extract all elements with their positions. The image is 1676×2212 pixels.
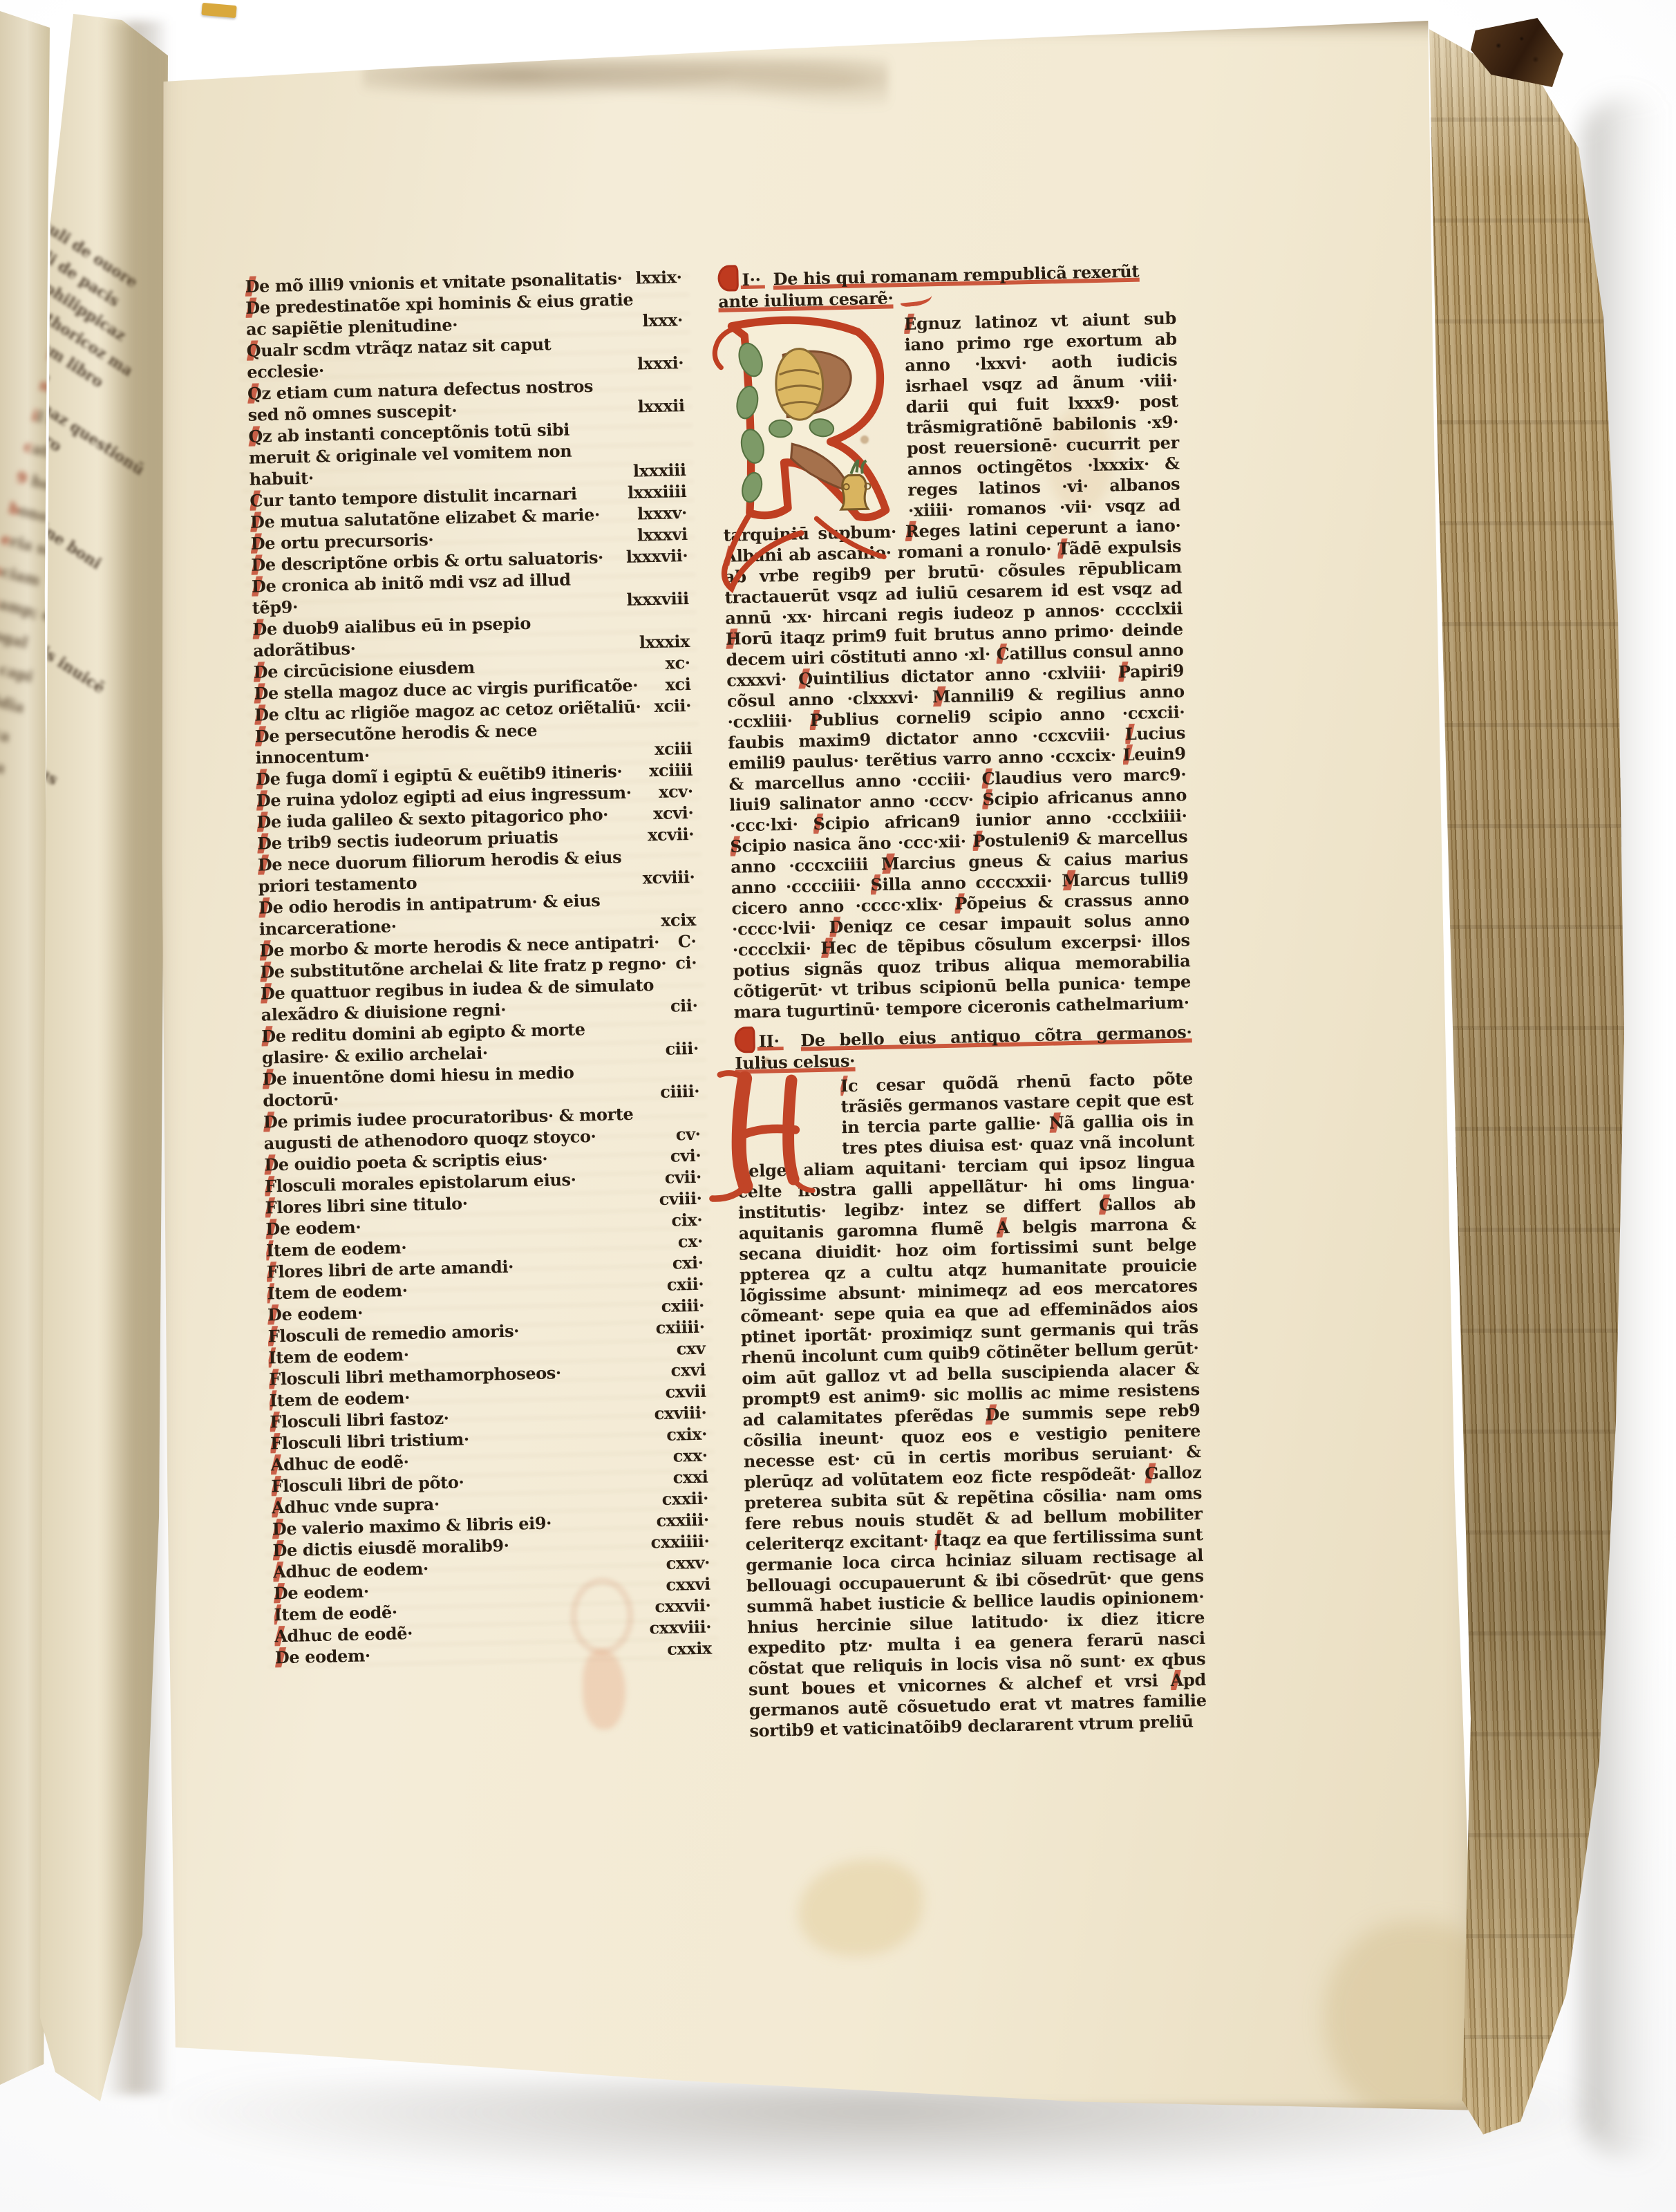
photo-background: de miliipe9n os im i omPia dlnasclil & a… — [0, 0, 1676, 2212]
chapter-title-line2: ante iulium cesarẽ· — [718, 288, 894, 313]
gutter-shadow — [104, 21, 169, 2094]
toc-entry-folio: ciiii· — [660, 1080, 700, 1103]
toc-entry-folio: cxxvi — [666, 1573, 710, 1595]
chapter-number: I·· — [740, 269, 768, 290]
toc-entry-folio: cxii· — [666, 1273, 704, 1295]
toc-entry-folio: cxxvii· — [655, 1595, 711, 1618]
bookmark-tab — [201, 3, 236, 18]
lombard-initial-L-icon — [734, 1027, 755, 1053]
toc-entry-folio: ci· — [675, 952, 697, 974]
toc-entry-folio: cxiiii· — [655, 1316, 705, 1339]
toc-entry-folio: xciii — [655, 738, 693, 760]
toc-entry-folio: cii· — [670, 995, 698, 1017]
toc-entry-folio: xcix — [661, 909, 696, 931]
printed-text-block: De mõ illi9 vnionis et vnitate psonalita… — [151, 6, 1524, 2132]
text-column: I·· De his qui romanam rempublicã rexerũ… — [717, 255, 1207, 1745]
toc-entry-folio: ciii· — [665, 1038, 699, 1060]
toc-entry-folio: lxxxiii — [633, 459, 686, 482]
toc-entry-folio: cxvii — [665, 1380, 706, 1403]
toc-entry-folio: xcv· — [659, 780, 693, 803]
toc-entry-folio: cvii· — [664, 1166, 702, 1188]
toc-entry-folio: xc· — [665, 652, 690, 674]
toc-entry-folio: cxxi — [672, 1466, 708, 1488]
illuminated-initial-R — [719, 317, 897, 508]
chapter-number: II· — [757, 1031, 787, 1051]
toc-entry-folio: cxxix — [667, 1638, 712, 1660]
toc-entry-folio: lxxxix — [639, 630, 690, 653]
chapter-lii-text: Ic cesar quõdã rhenū facto põte trãsiẽs … — [735, 1068, 1207, 1741]
toc-entry-folio: lxxxvi — [637, 523, 688, 546]
toc-entry-folio: cxxiiii· — [650, 1530, 710, 1553]
chapter-heading-lii: II· De bello eius antiquo cõtra germanos… — [734, 1017, 1192, 1074]
toc-entry-folio: xciiii — [649, 759, 693, 781]
lombard-initial-L-icon — [717, 265, 739, 292]
toc-entry-folio: lxxix· — [635, 266, 682, 288]
rubric-flourish-icon — [900, 290, 933, 308]
toc-entry-folio: cviii· — [659, 1188, 702, 1210]
toc-entry-folio: cxvi — [670, 1359, 706, 1381]
chapter-title: De bello eius antiquo cõtra germanos· — [800, 1022, 1192, 1051]
toc-entry-folio: cxiii· — [661, 1295, 704, 1317]
toc-entry-folio: xci — [665, 673, 691, 695]
toc-entry-folio: cxx· — [672, 1445, 708, 1467]
toc-entry-folio: cxxv· — [666, 1552, 710, 1574]
toc-entry-title: De cronica ab initõ mdi vsz ad illud tẽp… — [252, 568, 627, 619]
toc-entry-folio: lxxx· — [642, 309, 683, 331]
chapter-heading-li: I·· De his qui romanam rempublicã rexerũ… — [717, 255, 1176, 312]
rubricated-initial-H — [735, 1076, 842, 1141]
toc-entry-title: Qz ab instanti conceptõnis totū sibi mer… — [248, 418, 633, 490]
toc-entry-folio: lxxxi· — [637, 352, 684, 374]
toc-entry-folio: cxix· — [666, 1423, 707, 1445]
toc-entry: Qz ab instanti conceptõnis totū sibi mer… — [248, 416, 686, 490]
toc-entry-folio: lxxxvii· — [626, 545, 688, 568]
toc-entry-folio: lxxxv· — [637, 502, 688, 525]
toc-entry-folio: lxxxii — [637, 395, 685, 417]
toc-entry-folio: cv· — [676, 1123, 701, 1145]
toc-entry-folio: cvi· — [670, 1145, 701, 1167]
chapter-li-text: Egnuz latinoz vt aiunt sub iano primo rg… — [719, 308, 1192, 1022]
toc-entry-folio: xcii· — [654, 695, 691, 717]
toc-entry-folio: C· — [677, 930, 696, 953]
toc-entry-folio: cxviii· — [654, 1402, 706, 1425]
toc-entry-folio: xcvii· — [648, 823, 695, 845]
toc-entry-folio: cxv — [676, 1338, 705, 1360]
toc-entry-folio: cxi· — [672, 1252, 703, 1274]
toc-entry-folio: cxxviii· — [649, 1616, 711, 1639]
toc-entry-folio: lxxxiiii — [628, 480, 687, 503]
toc-entry-folio: lxxxviii — [626, 588, 689, 610]
table-of-contents-column: De mõ illi9 vnionis et vnitate psonalita… — [245, 266, 712, 1668]
toc-entry-folio: cxxiii· — [656, 1509, 709, 1532]
toc-entry-folio: xcviii· — [642, 866, 695, 889]
toc-entry-folio: cix· — [671, 1209, 702, 1231]
toc-entry-folio: cx· — [678, 1230, 704, 1253]
chapter-title-line1: De his qui romanam rempublicã rexerũt — [773, 261, 1139, 291]
toc-entry-folio: xcvi· — [653, 802, 694, 824]
toc-entry-folio: cxxii· — [661, 1488, 708, 1510]
recto-page: De mõ illi9 vnionis et vnitate psonalita… — [156, 21, 1482, 2119]
